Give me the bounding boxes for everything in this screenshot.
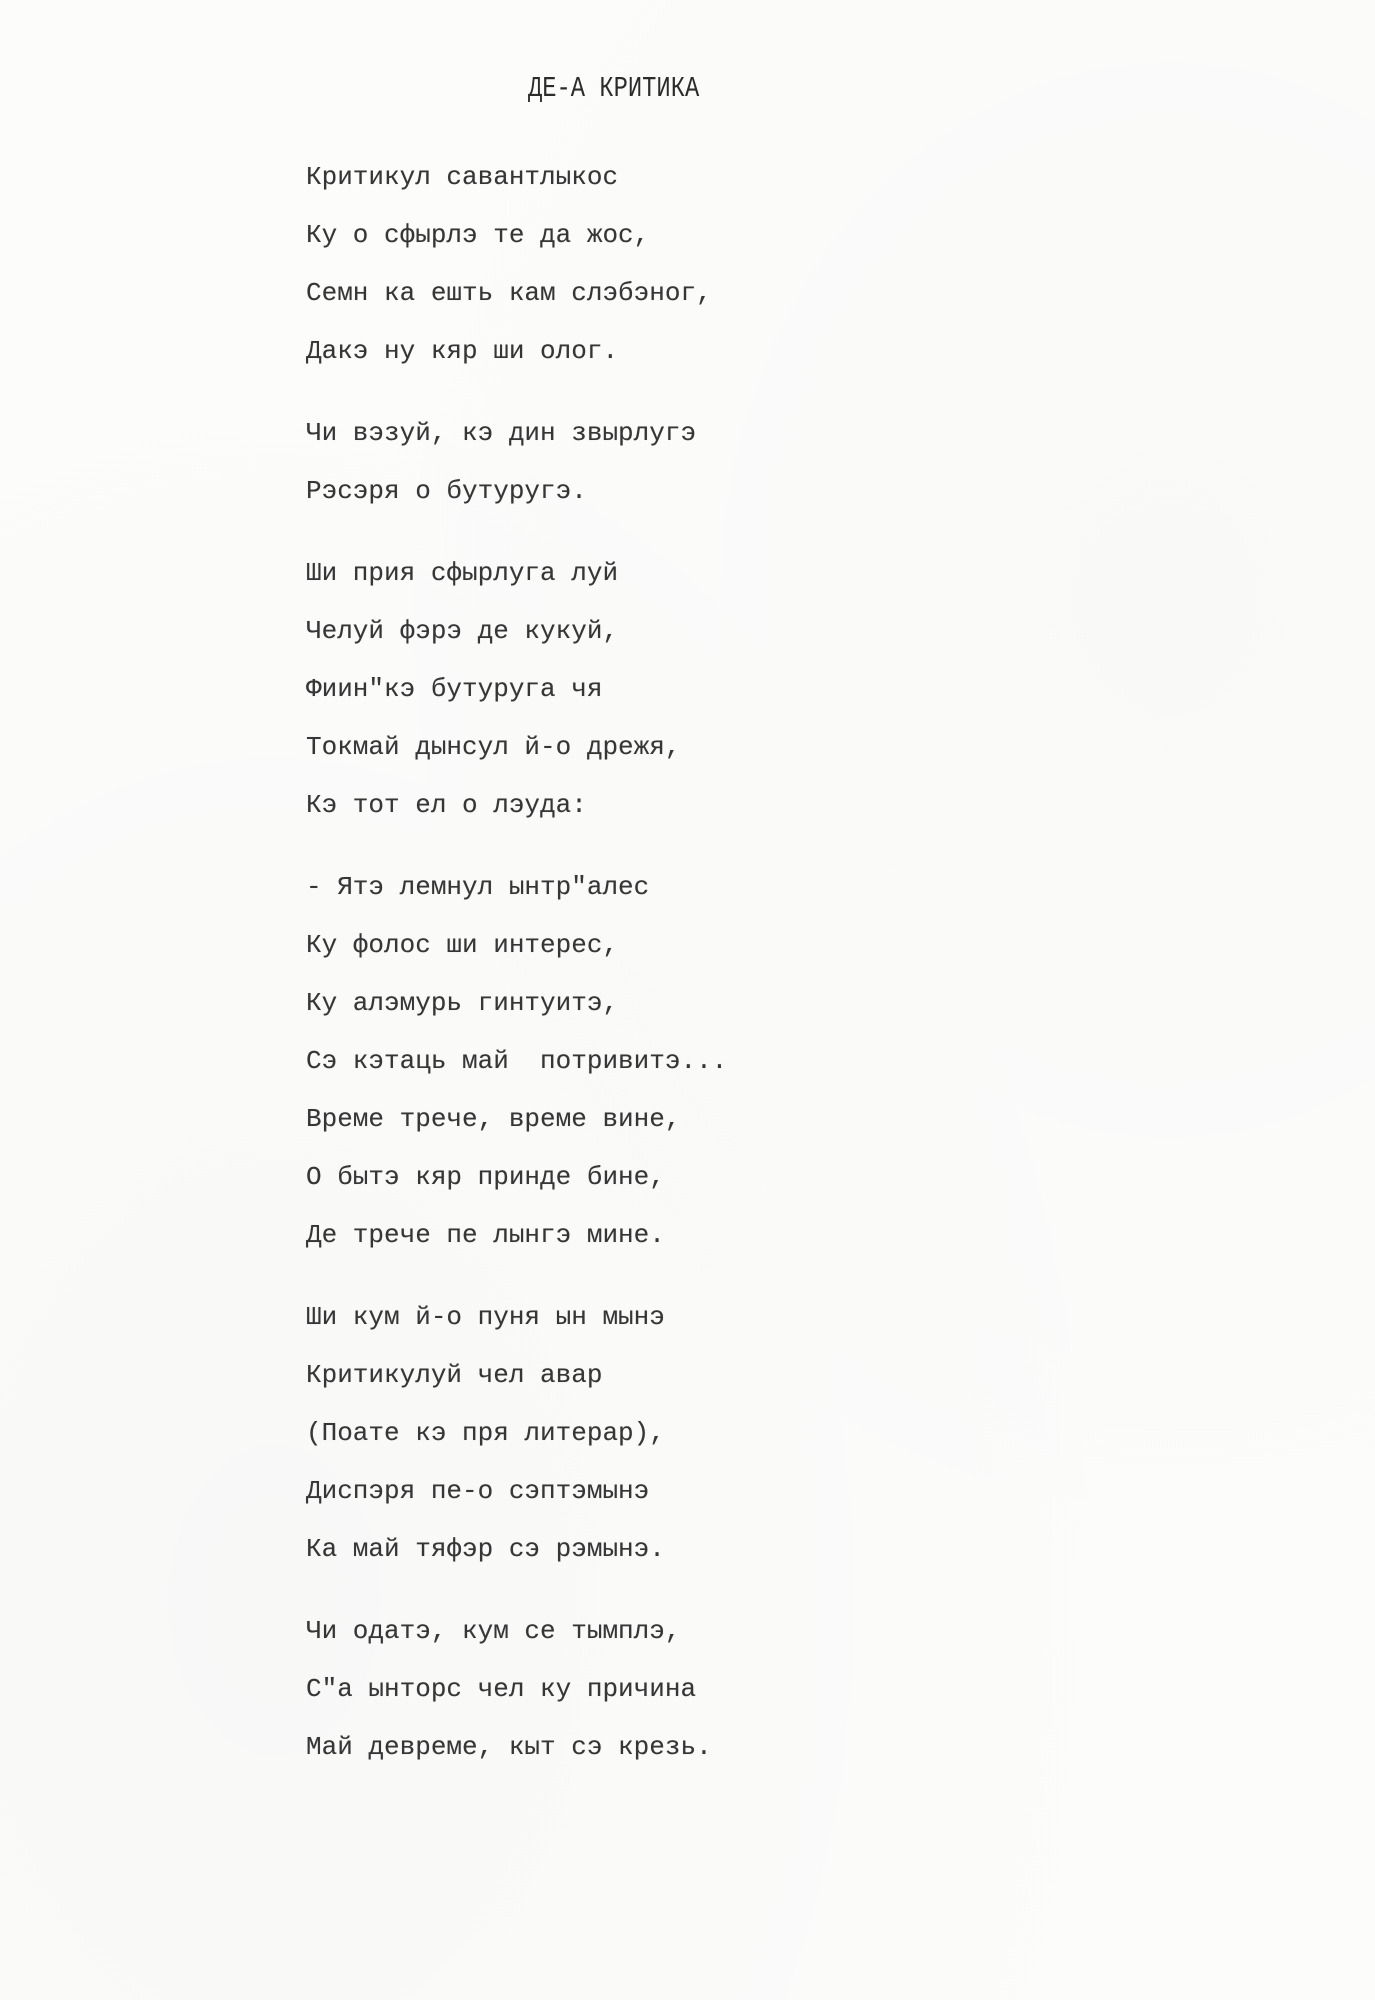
stanza: Ши кум й-о пуня ын мынэКритикулуй чел ав… [306, 1288, 1006, 1578]
poem-line: Сэ кэтаць май потривитэ... [306, 1032, 1006, 1090]
poem-line: Семн ка ешть кам слэбэног, [306, 264, 1006, 322]
stanza: Чи вэзуй, кэ дин звырлугэРэсэря о бутуру… [306, 404, 1006, 520]
poem-line: Кэ тот ел о лэуда: [306, 776, 1006, 834]
poem-line: Критикул савантлыкос [306, 148, 1006, 206]
stanza: Критикул савантлыкосКу о сфырлэ те да жо… [306, 148, 1006, 380]
poem-line: Диспэря пе-о сэптэмынэ [306, 1462, 1006, 1520]
poem-line: Токмай дынсул й-о дрежя, [306, 718, 1006, 776]
poem-line: Време трече, време вине, [306, 1090, 1006, 1148]
poem-line: (Поате кэ пря литерар), [306, 1404, 1006, 1462]
poem-line: Критикулуй чел авар [306, 1346, 1006, 1404]
poem-line: Ку алэмурь гинтуитэ, [306, 974, 1006, 1032]
stanza: Чи одатэ, кум се тымплэ,С"а ынторс чел к… [306, 1602, 1006, 1776]
stanza: Ши прия сфырлуга луйЧелуй фэрэ де кукуй,… [306, 544, 1006, 834]
poem-line: Ши прия сфырлуга луй [306, 544, 1006, 602]
typewritten-page: ДЕ-А КРИТИКА Критикул савантлыкосКу о сф… [0, 0, 1375, 2000]
poem-line: Чи одатэ, кум се тымплэ, [306, 1602, 1006, 1660]
poem-line: Ка май тяфэр сэ рэмынэ. [306, 1520, 1006, 1578]
poem-line: Ку о сфырлэ те да жос, [306, 206, 1006, 264]
poem-body: Критикул савантлыкосКу о сфырлэ те да жо… [306, 148, 1006, 1800]
poem-title: ДЕ-А КРИТИКА [528, 72, 699, 105]
poem-line: Чи вэзуй, кэ дин звырлугэ [306, 404, 1006, 462]
poem-line: Де трече пе лынгэ мине. [306, 1206, 1006, 1264]
poem-line: С"а ынторс чел ку причина [306, 1660, 1006, 1718]
poem-line: О бытэ кяр принде бине, [306, 1148, 1006, 1206]
poem-line: Фиин"кэ бутуруга чя [306, 660, 1006, 718]
poem-line: Рэсэря о бутуругэ. [306, 462, 1006, 520]
poem-line: Ши кум й-о пуня ын мынэ [306, 1288, 1006, 1346]
stanza: - Ятэ лемнул ынтр"алесКу фолос ши интере… [306, 858, 1006, 1264]
poem-line: Май девреме, кыт сэ крезь. [306, 1718, 1006, 1776]
poem-line: - Ятэ лемнул ынтр"алес [306, 858, 1006, 916]
poem-line: Ку фолос ши интерес, [306, 916, 1006, 974]
poem-line: Челуй фэрэ де кукуй, [306, 602, 1006, 660]
poem-line: Дакэ ну кяр ши олог. [306, 322, 1006, 380]
